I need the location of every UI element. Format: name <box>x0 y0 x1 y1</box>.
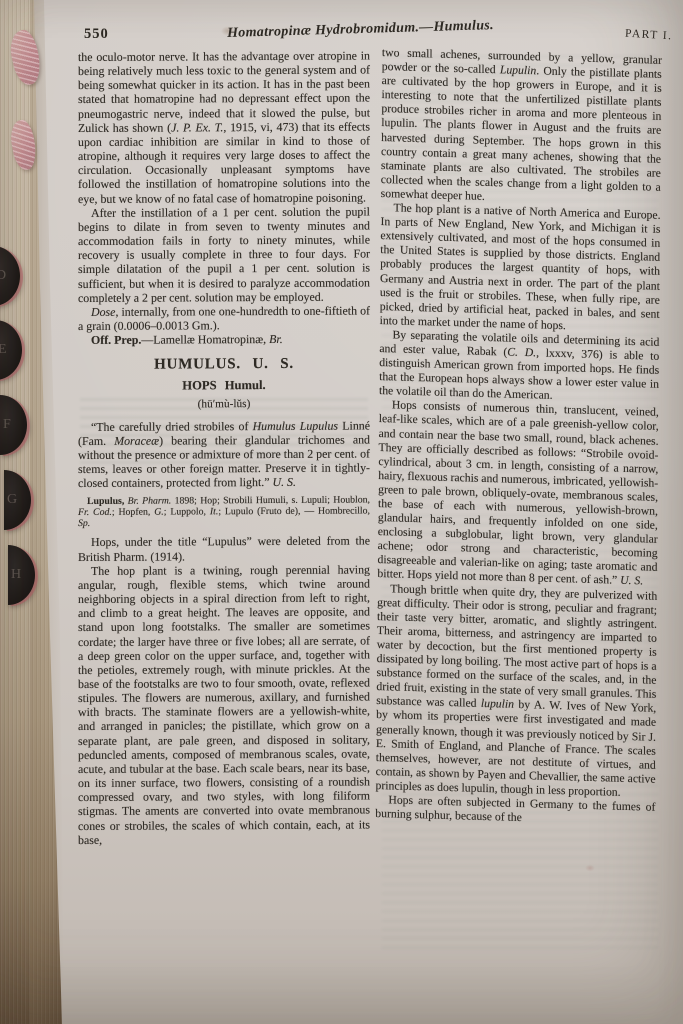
running-title: Homatropinæ Hydrobromidum.—Humulus. <box>118 15 603 45</box>
paragraph: The hop plant is a twining, rough perenn… <box>78 562 370 847</box>
part-label: PART I. <box>625 28 673 43</box>
paragraph: Hops, under the title “Lupulus” were del… <box>78 534 370 564</box>
book-page-photo: DEFGH 550 Homatropinæ Hydrobromidum.—Hum… <box>0 0 683 1024</box>
paragraph: The hop plant is a native of North Ameri… <box>380 201 661 336</box>
monograph-title: HUMULUS. U. S. <box>78 357 370 373</box>
paragraph: After the instillation of a 1 per cent. … <box>78 204 370 305</box>
paragraph: the oculo-motor nerve. It has the advant… <box>78 48 370 205</box>
pronunciation: (hū′mù-lŭs) <box>78 396 370 412</box>
paragraph: Dose, internally, from one one-hundredth… <box>78 303 370 333</box>
synonyms-smallprint: Lupulus, Br. Pharm. 1898; Hop; Strobili … <box>78 494 370 529</box>
right-column: two small achenes, surrounded by a yello… <box>375 46 662 855</box>
text-columns: the oculo-motor nerve. It has the advant… <box>78 50 662 847</box>
page-header: 550 Homatropinæ Hydrobromidum.—Humulus. … <box>78 20 673 48</box>
paragraph: two small achenes, surrounded by a yello… <box>381 46 662 209</box>
paragraph: Though brittle when quite dry, they are … <box>375 582 657 801</box>
paragraph: By separating the volatile oils and dete… <box>379 328 660 406</box>
monograph-subtitle: HOPS Humul. <box>78 378 370 394</box>
paragraph: Off. Prep.—Lamellæ Homatropinæ, Br. <box>78 332 370 348</box>
paragraph: “The carefully dried strobiles of Humulu… <box>78 418 370 490</box>
left-column: the oculo-motor nerve. It has the advant… <box>78 48 370 846</box>
paragraph: Hops consists of numerous thin, transluc… <box>377 398 659 589</box>
page-number: 550 <box>84 26 109 43</box>
